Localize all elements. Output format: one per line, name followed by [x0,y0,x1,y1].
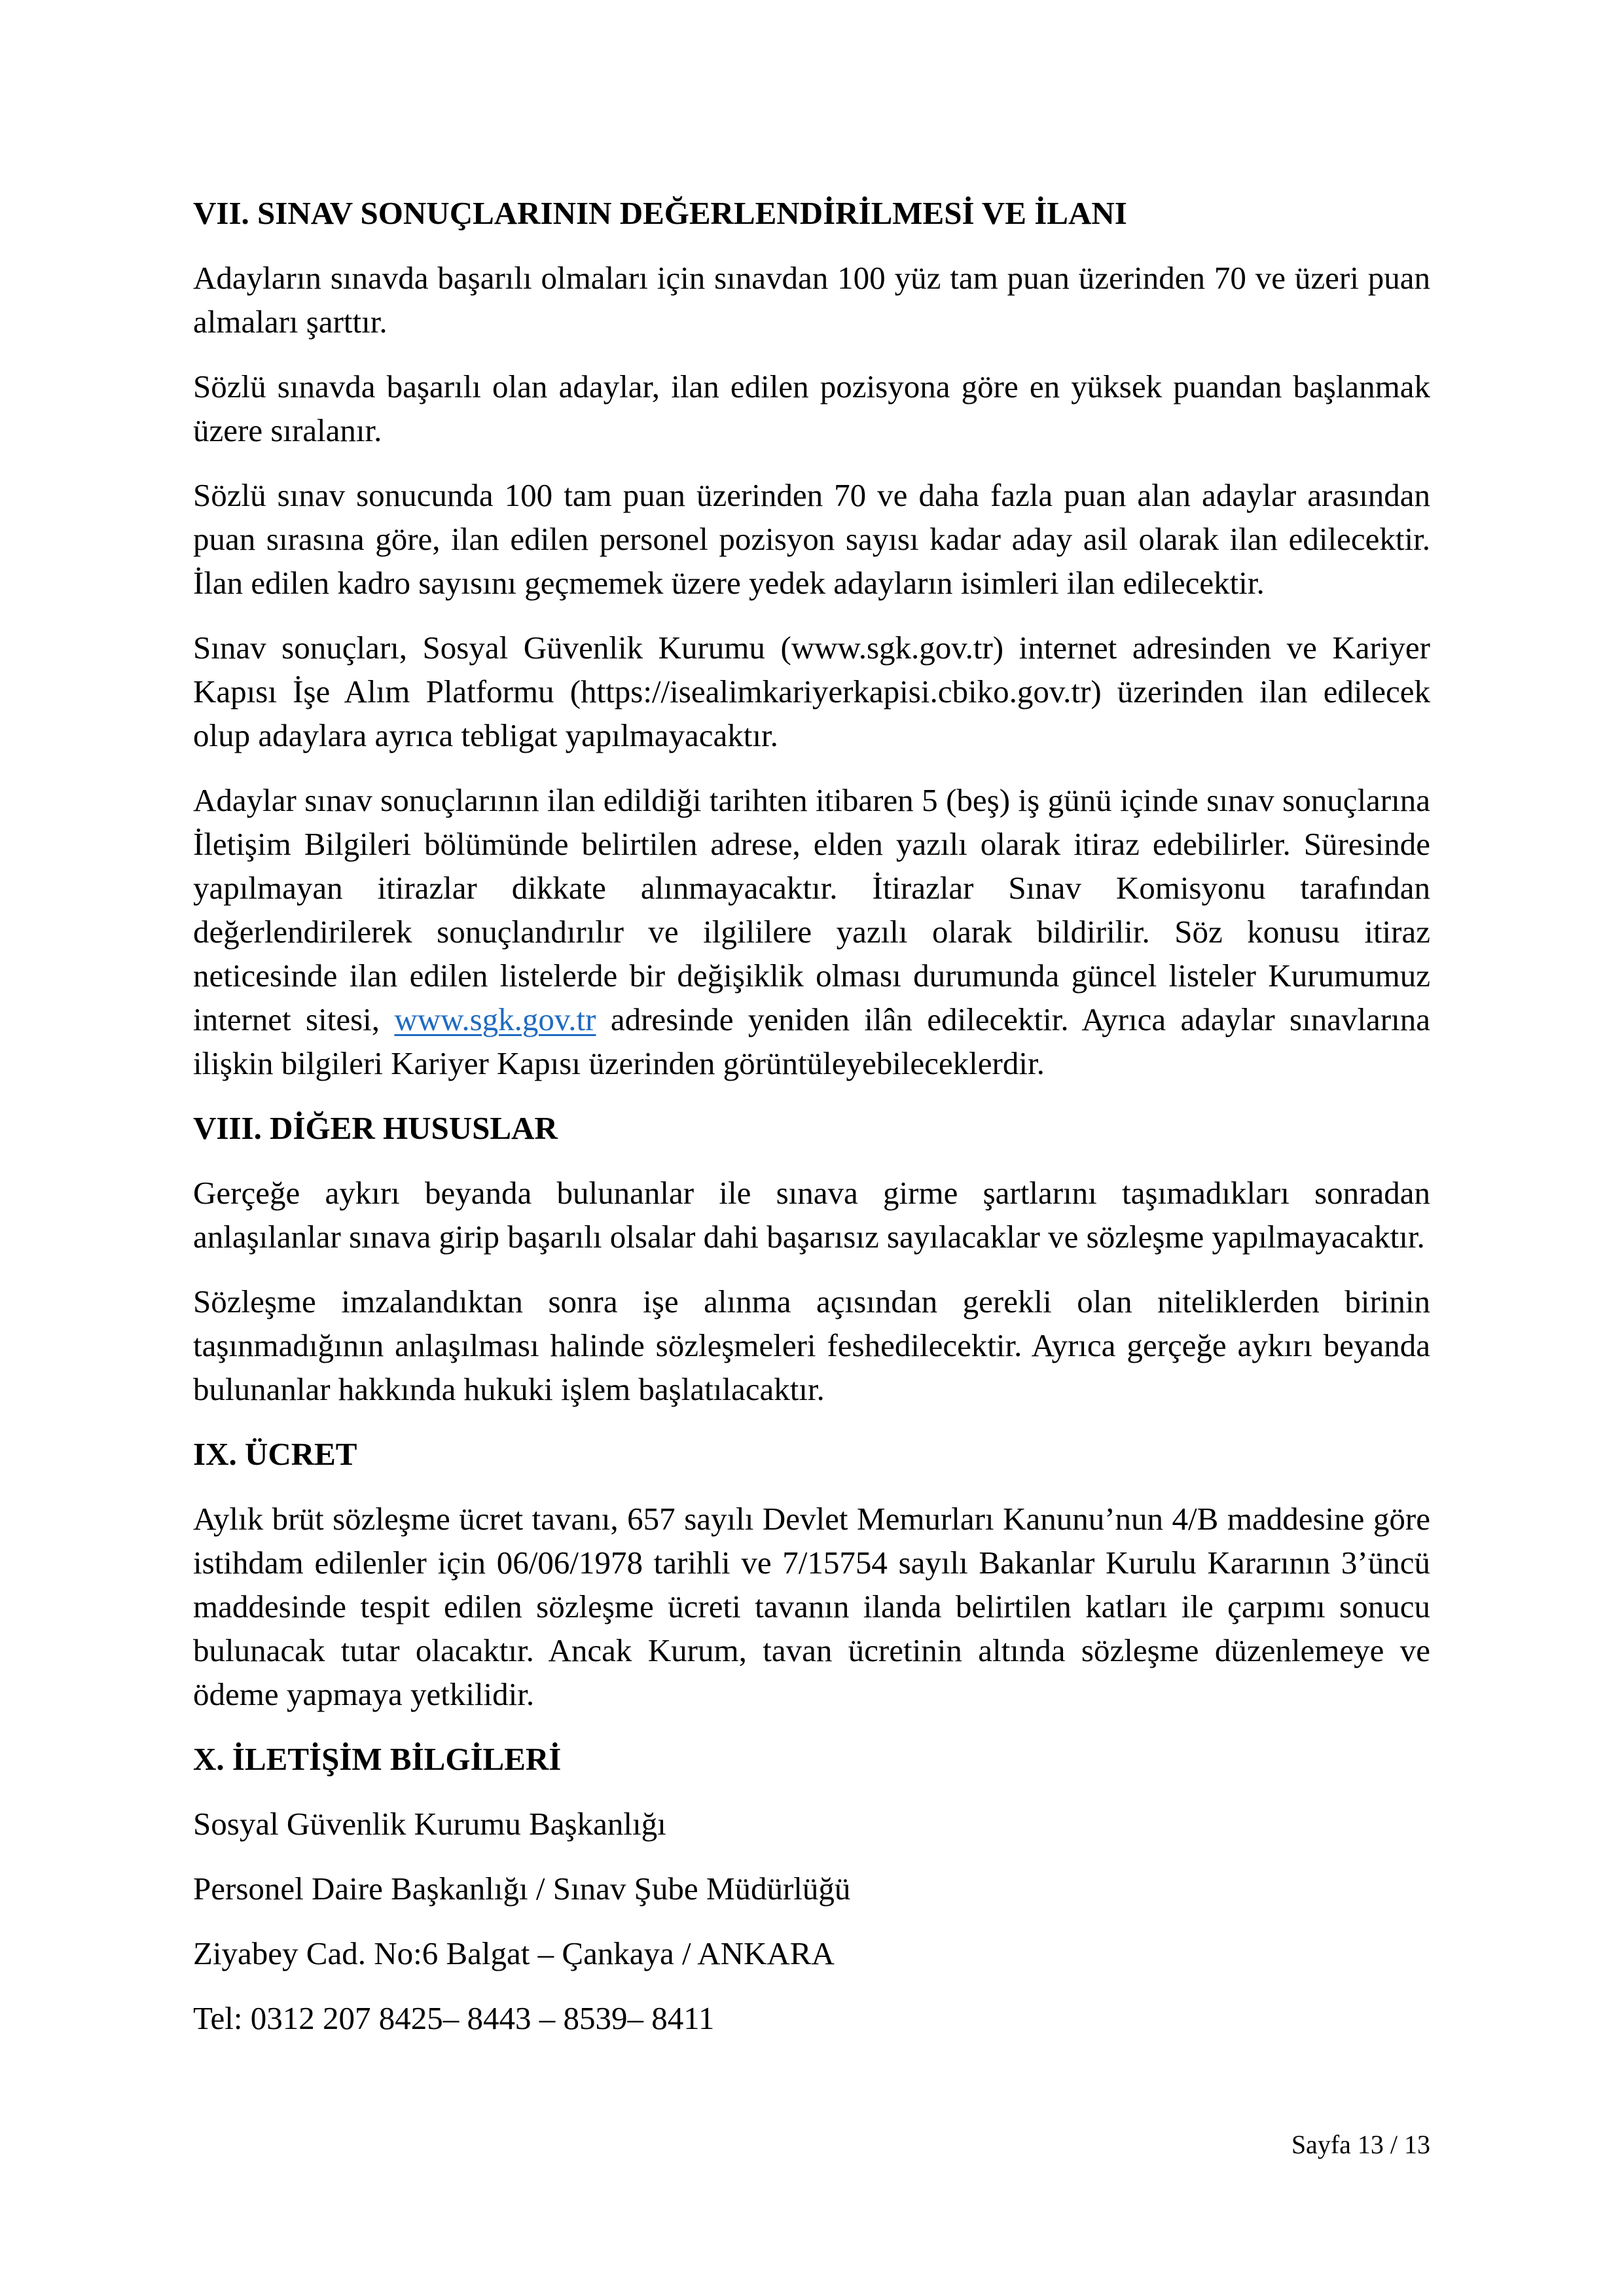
section-salary: IX. ÜCRET Aylık brüt sözleşme ücret tava… [193,1432,1430,1716]
section-other-matters: VIII. DİĞER HUSUSLAR Gerçeğe aykırı beya… [193,1106,1430,1411]
section-heading: VII. SINAV SONUÇLARININ DEĞERLENDİRİLMES… [193,191,1430,235]
objection-paragraph: Adaylar sınav sonuçlarının ilan edildiği… [193,778,1430,1085]
section-heading: VIII. DİĞER HUSUSLAR [193,1106,1430,1150]
document-page: VII. SINAV SONUÇLARININ DEĞERLENDİRİLMES… [0,0,1624,2296]
contact-institution: Sosyal Güvenlik Kurumu Başkanlığı [193,1802,1430,1846]
paragraph: Sınav sonuçları, Sosyal Güvenlik Kurumu … [193,626,1430,757]
paragraph: Adayların sınavda başarılı olmaları için… [193,256,1430,344]
sgk-website-link[interactable]: www.sgk.gov.tr [394,1001,596,1037]
section-contact-info: X. İLETİŞİM BİLGİLERİ Sosyal Güvenlik Ku… [193,1737,1430,2040]
paragraph: Aylık brüt sözleşme ücret tavanı, 657 sa… [193,1497,1430,1716]
contact-address: Ziyabey Cad. No:6 Balgat – Çankaya / ANK… [193,1931,1430,1975]
contact-department: Personel Daire Başkanlığı / Sınav Şube M… [193,1867,1430,1910]
section-heading: X. İLETİŞİM BİLGİLERİ [193,1737,1430,1781]
paragraph-text: Adaylar sınav sonuçlarının ilan edildiği… [193,782,1430,1037]
section-heading: IX. ÜCRET [193,1432,1430,1476]
paragraph: Sözlü sınav sonucunda 100 tam puan üzeri… [193,473,1430,605]
paragraph: Sözleşme imzalandıktan sonra işe alınma … [193,1280,1430,1411]
page-content: VII. SINAV SONUÇLARININ DEĞERLENDİRİLMES… [193,191,1430,2061]
page-number: Sayfa 13 / 13 [1291,2126,1430,2162]
paragraph: Sözlü sınavda başarılı olan adaylar, ila… [193,365,1430,452]
contact-phone: Tel: 0312 207 8425– 8443 – 8539– 8411 [193,1996,1430,2040]
paragraph: Gerçeğe aykırı beyanda bulunanlar ile sı… [193,1171,1430,1259]
section-exam-results: VII. SINAV SONUÇLARININ DEĞERLENDİRİLMES… [193,191,1430,1085]
